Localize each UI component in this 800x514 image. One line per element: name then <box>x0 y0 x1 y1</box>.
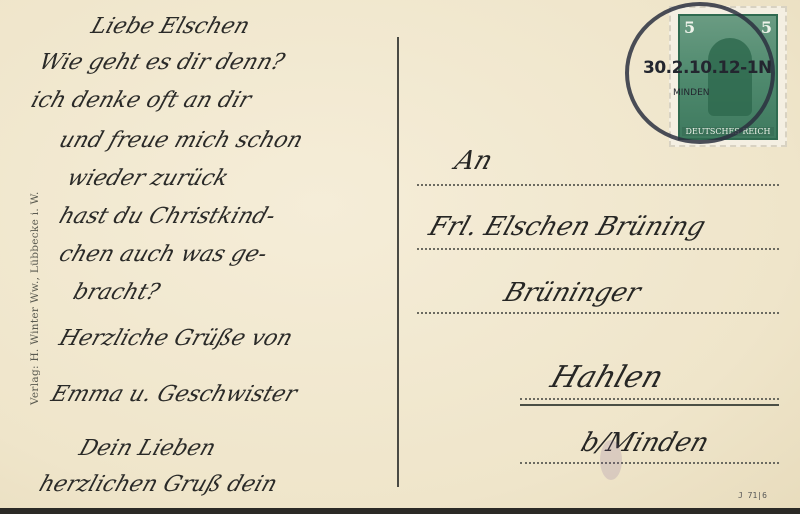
message-line: Dein Lieben <box>76 436 219 461</box>
message-line: chen auch was ge- <box>56 242 270 267</box>
postmark-date: 30.2.10.12-1N <box>643 58 772 78</box>
address-salutation: An <box>451 146 496 176</box>
postmark-town: MINDEN <box>673 88 710 98</box>
address-rule <box>417 312 779 314</box>
address-recipient: Frl. Elschen Brüning <box>425 212 709 242</box>
message-line: herzlichen Gruß dein <box>36 472 280 497</box>
address-rule <box>417 184 779 186</box>
address-rule <box>520 462 779 464</box>
address-surname: Brüninger <box>500 278 644 308</box>
postcard-back: Verlag: H. Winter Ww., Lübbecke i. W. Li… <box>0 0 800 514</box>
message-line: hast du Christkind- <box>56 204 279 229</box>
print-code: J 71|6 <box>738 491 767 500</box>
address-rule <box>520 398 779 400</box>
message-line: und freue mich schon <box>56 128 306 153</box>
scan-edge <box>0 508 800 514</box>
publisher-imprint: Verlag: H. Winter Ww., Lübbecke i. W. <box>29 191 41 405</box>
address-district: b/Minden <box>577 428 713 458</box>
address-town: Hahlen <box>546 360 667 395</box>
message-line: bracht? <box>70 280 163 305</box>
address-rule <box>417 248 779 250</box>
message-line: Wie geht es dir denn? <box>36 50 288 75</box>
town-underline <box>520 404 779 406</box>
message-line: Herzliche Grüße von <box>56 326 296 351</box>
message-line: Liebe Elschen <box>88 14 253 39</box>
ink-smudge <box>600 440 622 480</box>
message-line: wieder zurück <box>64 166 232 191</box>
message-line: Emma u. Geschwister <box>48 382 300 407</box>
message-line: ich denke oft an dir <box>28 88 254 113</box>
divider-line <box>397 37 399 487</box>
